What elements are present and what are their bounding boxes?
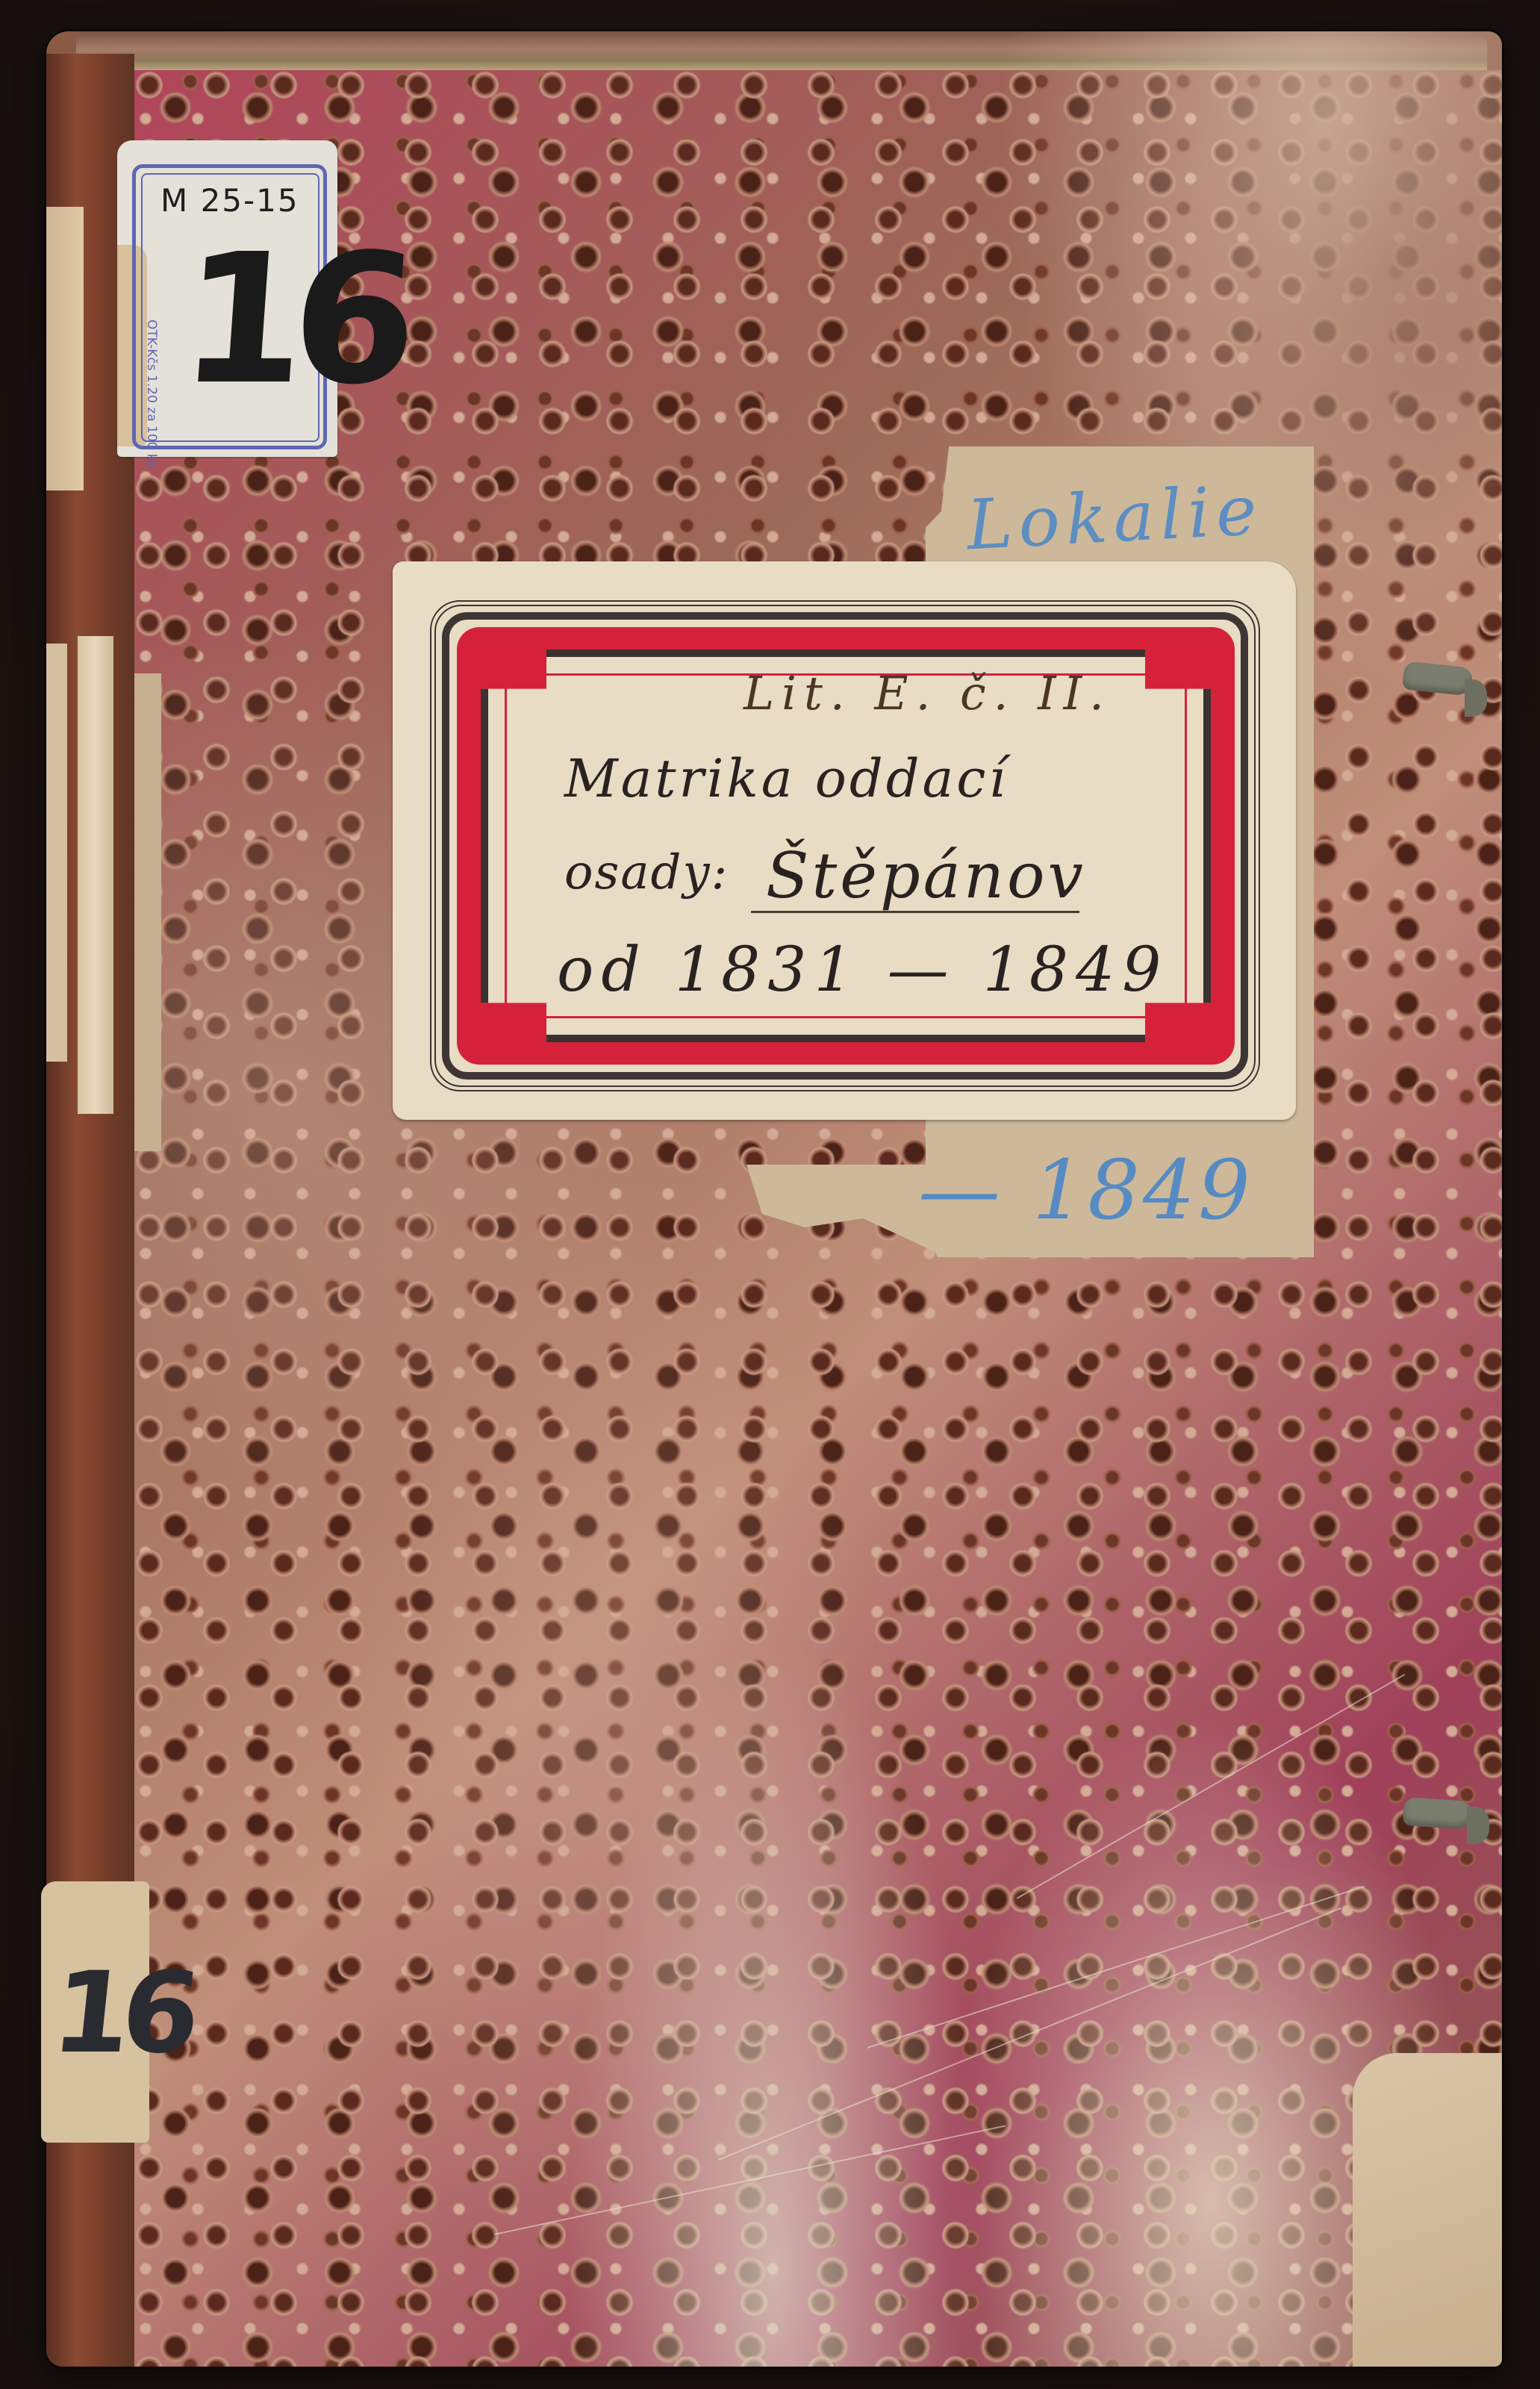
spine-label-number: 16 [46,1949,198,2078]
spine-tape-middle [78,636,113,1114]
book-top-edge [76,31,1487,72]
catalog-code: M 25-15 [160,182,299,219]
catalog-label: M 25-15 16 OTK-Kčs 1.20 za 100 ks [117,140,337,457]
pencil-slip-bottom-text: — 1849 [918,1142,1253,1238]
pencil-slip-top-text: Lokalie [964,470,1264,566]
cloth-tie-lower [1403,1797,1473,1830]
main-title-label: Lit. E. č. II. Matrika oddací osady: Ště… [393,561,1296,1120]
label-parish-prefix: osady: [564,845,729,900]
cloth-tie-upper-end [1465,679,1487,717]
cloth-tie-lower-end [1467,1807,1489,1844]
label-parish-name: Štěpánov [766,839,1086,912]
spine-tape-right [134,673,161,1151]
catalog-printer-note: OTK-Kčs 1.20 za 100 ks [144,320,159,468]
worn-corner [1353,2053,1502,2367]
label-series: Lit. E. č. II. [743,666,1112,720]
catalog-number: 16 [175,230,411,409]
spine-tape-left [46,644,67,1062]
label-title: Matrika oddací [564,748,1009,809]
label-parish-underline [751,911,1079,913]
spine-tape-top [46,207,84,490]
label-date-range: od 1831 — 1849 [557,935,1168,1006]
spine-label: 16 [41,1881,149,2143]
